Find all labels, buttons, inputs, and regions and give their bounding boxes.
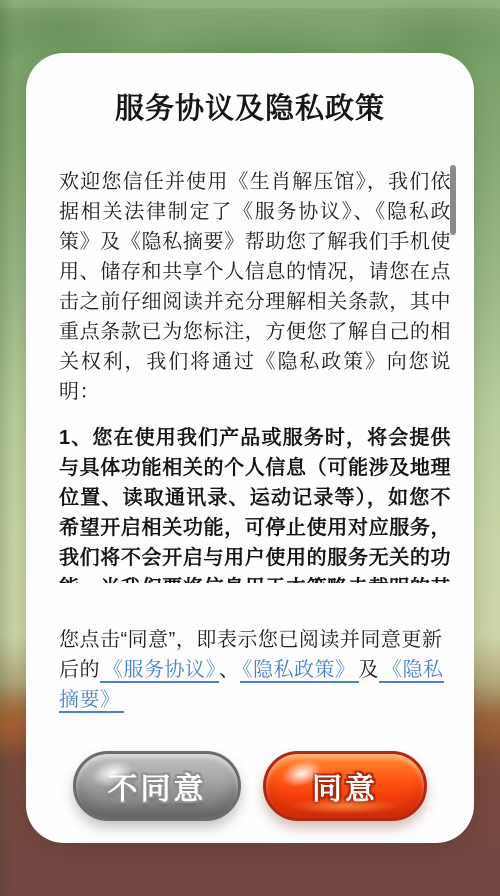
scrollbar-thumb[interactable] bbox=[450, 165, 456, 235]
policy-scroll-container: 欢迎您信任并使用《生肖解压馆》，我们依据相关法律制定了《服务协议》、《隐私政策》… bbox=[59, 167, 456, 583]
service-agreement-link[interactable]: 《服务协议》 bbox=[100, 659, 219, 683]
dialog-button-row: 不同意 同意 bbox=[26, 751, 474, 821]
privacy-policy-link[interactable]: 《隐私政策》 bbox=[240, 659, 359, 683]
consent-note-separator: 、 bbox=[219, 659, 240, 681]
dialog-title: 服务协议及隐私政策 bbox=[26, 86, 474, 127]
consent-note-conjunction: 及 bbox=[359, 659, 380, 681]
disagree-button[interactable]: 不同意 bbox=[73, 751, 241, 821]
consent-note: 您点击“同意”，即表示您已阅读并同意更新后的《服务协议》、《隐私政策》及《隐私摘… bbox=[59, 625, 451, 715]
policy-paragraph-item1: 1、您在使用我们产品或服务时，将会提供与具体功能相关的个人信息（可能涉及地理位置… bbox=[59, 423, 451, 583]
privacy-policy-dialog: 服务协议及隐私政策 欢迎您信任并使用《生肖解压馆》，我们依据相关法律制定了《服务… bbox=[26, 53, 474, 843]
game-background: 服务协议及隐私政策 欢迎您信任并使用《生肖解压馆》，我们依据相关法律制定了《服务… bbox=[0, 0, 500, 896]
agree-button[interactable]: 同意 bbox=[263, 751, 427, 821]
policy-paragraph-intro: 欢迎您信任并使用《生肖解压馆》，我们依据相关法律制定了《服务协议》、《隐私政策》… bbox=[59, 167, 451, 407]
policy-scroll-area[interactable]: 欢迎您信任并使用《生肖解压馆》，我们依据相关法律制定了《服务协议》、《隐私政策》… bbox=[59, 167, 451, 583]
